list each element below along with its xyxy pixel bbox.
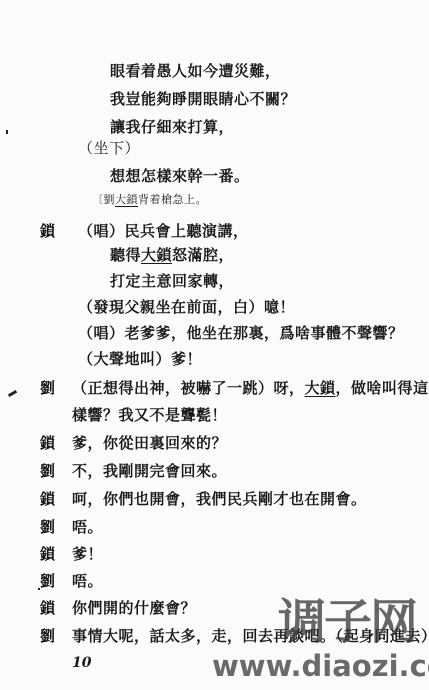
stage-direction-entrance: 〔劉大鎖背着槍急上。: [92, 191, 207, 209]
dialogue-line: （發現父親坐在前面，白）噫！: [78, 298, 295, 316]
scan-mark: [6, 130, 8, 134]
dialogue-line: （唱）老爹爹，他坐在那裏，爲啥事體不聲響？: [78, 324, 404, 342]
speaker-suo: 鎖: [40, 490, 55, 508]
verse-line-5: 聽得大鎖怒滿腔，: [110, 246, 234, 264]
verse-line-3: 讓我仔細來打算，: [110, 118, 234, 136]
verse-line-4: 想想怎樣來幹一番。: [110, 167, 250, 185]
verse-line-6: 打定主意回家轉，: [110, 272, 234, 290]
dialogue-line: 爹！: [72, 545, 103, 563]
verse-line-2: 我豈能夠睜開眼睛心不關？: [110, 90, 296, 108]
page-number: 10: [72, 655, 91, 671]
dialogue-line: 唔。: [72, 518, 103, 536]
speaker-suo: 鎖: [40, 434, 55, 452]
speaker-suo: 鎖: [40, 545, 55, 563]
watermark-url: www.diaozi.com: [212, 650, 429, 682]
scan-mark: [8, 390, 17, 397]
dialogue-line: （唱）民兵會上聽演講，: [78, 222, 249, 240]
underlined-name: 大鎖: [141, 246, 172, 264]
underlined-name: 大鎖: [305, 379, 336, 397]
speaker-suo: 鎖: [40, 599, 55, 617]
dialogue-continuation: 樣響？我又不是聾甏！: [72, 406, 227, 424]
dialogue-line: 呵，你們也開會，我們民兵剛才也在開會。: [72, 490, 367, 508]
speaker-liu: 劉: [40, 518, 55, 536]
speaker-liu: 劉: [40, 627, 55, 645]
dialogue-line: 你們開的什麼會？: [72, 599, 196, 617]
dialogue-line: （大聲地叫）爹！: [78, 350, 202, 368]
scan-mark: [38, 588, 40, 590]
verse-line-1: 眼看着愚人如今遭災難，: [110, 62, 281, 80]
speaker-suo: 鎖: [40, 222, 55, 240]
dialogue-line: 不，我剛開完會回來。: [72, 462, 227, 480]
underlined-name: 大鎖: [115, 193, 138, 206]
dialogue-line: 爹，你從田裏回來的？: [72, 434, 227, 452]
speaker-liu: 劉: [40, 572, 55, 590]
dialogue-line: （正想得出神，被嚇了一跳）呀，大鎖，做啥叫得這: [72, 379, 429, 397]
scanned-page: 眼看着愚人如今遭災難， 我豈能夠睜開眼睛心不關？ 讓我仔細來打算， （坐下） 想…: [0, 0, 429, 690]
dialogue-line: 唔。: [72, 572, 103, 590]
speaker-liu: 劉: [40, 462, 55, 480]
speaker-liu: 劉: [40, 379, 55, 397]
stage-direction-sit: （坐下）: [78, 139, 140, 157]
watermark-site-name: 调子网: [278, 598, 416, 646]
